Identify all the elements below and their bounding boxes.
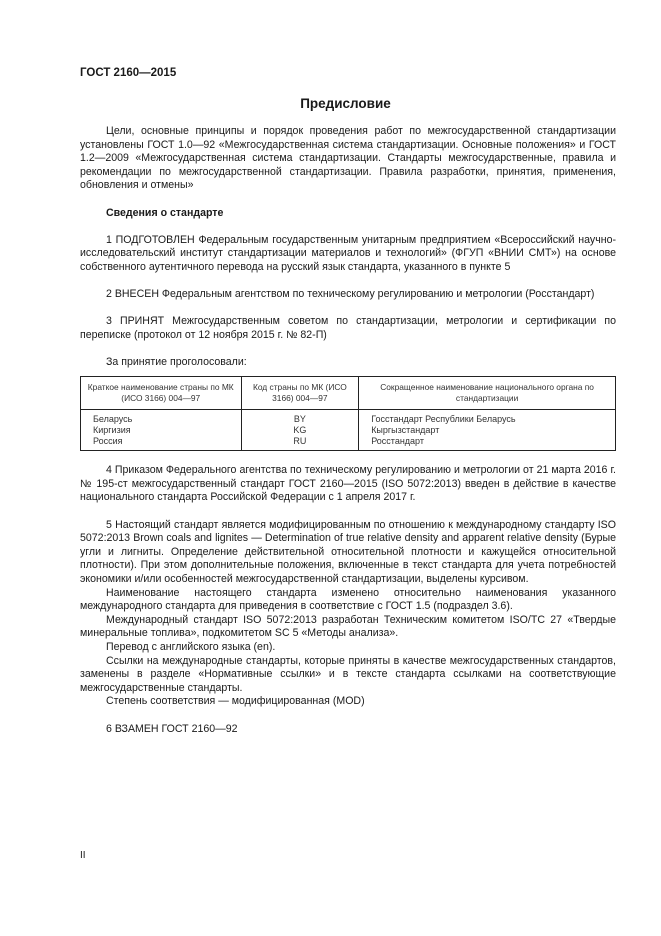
item-4: 4 Приказом Федерального агентства по тех… <box>80 464 616 505</box>
item-6: 6 ВЗАМЕН ГОСТ 2160—92 <box>80 723 616 737</box>
standards-body: Росстандарт <box>365 436 609 447</box>
standards-body: Кыргызстандарт <box>365 425 609 436</box>
table-header: Краткое наименование страны по МК (ИСО 3… <box>81 376 242 409</box>
table-header: Сокращенное наименование национального о… <box>359 376 616 409</box>
item-5-paragraph: Наименование настоящего стандарта измене… <box>80 587 616 614</box>
item-5-paragraph: Ссылки на международные стандарты, котор… <box>80 655 616 696</box>
country-code: KG <box>248 425 353 436</box>
subheading: Сведения о стандарте <box>80 207 616 221</box>
item-5: 5 Настоящий стандарт является модифициро… <box>80 519 616 587</box>
country-name: Россия <box>87 436 235 447</box>
intro-paragraph: Цели, основные принципы и порядок провед… <box>80 125 616 193</box>
page-number: II <box>80 850 86 861</box>
voting-table: Краткое наименование страны по МК (ИСО 3… <box>80 376 616 451</box>
country-name: Киргизия <box>87 425 235 436</box>
item-5-paragraph: Международный стандарт ISO 5072:2013 раз… <box>80 614 616 641</box>
vote-label: За принятие проголосовали: <box>80 356 616 370</box>
section-title: Предисловие <box>0 96 661 111</box>
item-2: 2 ВНЕСЕН Федеральным агентством по техни… <box>80 288 616 302</box>
item-5-paragraph: Перевод с английского языка (en). <box>80 641 616 655</box>
country-code: RU <box>248 436 353 447</box>
country-code: BY <box>248 414 353 425</box>
document-body: Цели, основные принципы и порядок провед… <box>80 125 616 736</box>
item-3: 3 ПРИНЯТ Межгосударственным советом по с… <box>80 315 616 342</box>
document-page: ГОСТ 2160—2015 Предисловие Цели, основны… <box>0 0 661 936</box>
country-name: Беларусь <box>87 414 235 425</box>
table-header: Код страны по МК (ИСО 3166) 004—97 <box>241 376 359 409</box>
table-row: Беларусь Киргизия Россия BY KG RU Госста… <box>81 409 616 450</box>
item-1: 1 ПОДГОТОВЛЕН Федеральным государственны… <box>80 234 616 275</box>
item-5-paragraph: Степень соответствия — модифицированная … <box>80 695 616 709</box>
standards-body: Госстандарт Республики Беларусь <box>365 414 609 425</box>
running-header: ГОСТ 2160—2015 <box>80 67 176 79</box>
